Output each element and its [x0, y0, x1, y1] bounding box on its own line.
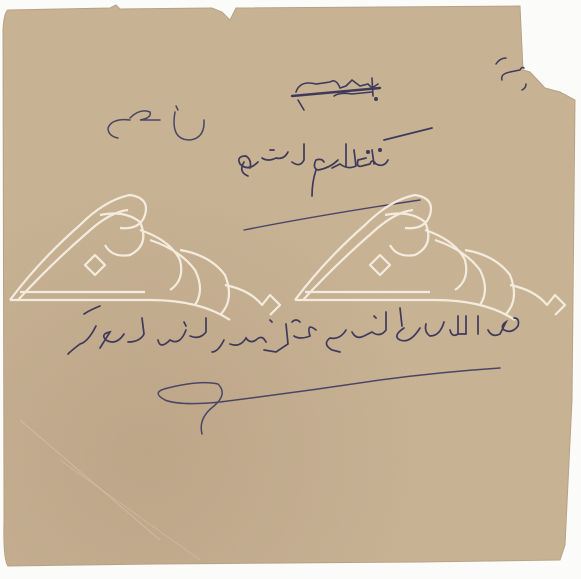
- letter-sheet: بسم الله ع.م ة ي مكة المكرمة الشريف حضرة…: [0, 0, 581, 579]
- paper-artwork: [0, 0, 581, 579]
